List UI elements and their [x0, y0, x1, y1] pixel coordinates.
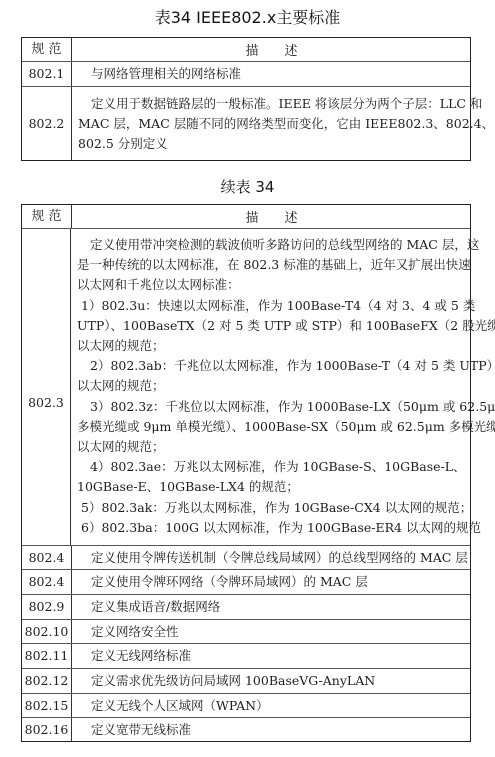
description-line: 3）802.3z：千兆位以太网标准，作为 1000Base-LX（50μm 或 … — [77, 397, 465, 417]
standards-table-part-1: 规 范 描 述 802.1 与网络管理相关的网络标准 802.2 定义用于数据链… — [21, 37, 471, 161]
description-cell: 定义使用带冲突检测的载波侦听多路访问的总线型网络的 MAC 层，这 是一种传统的… — [71, 229, 470, 545]
description-line: 2）802.3ab：千兆位以太网标准，作为 1000Base-T（4 对 5 类… — [77, 356, 465, 376]
header-description-label: 描 述 — [245, 40, 297, 59]
description-line: 定义无线网络标准 — [78, 646, 465, 666]
description-cell: 定义无线个人区域网（WPAN） — [72, 694, 470, 717]
description-cell: 定义无线网络标准 — [72, 644, 470, 668]
description-line: 1）802.3u：快速以太网标准，作为 100Base-T4（4 对 3、4 或… — [77, 296, 465, 316]
description-line: 与网络管理相关的网络标准 — [78, 64, 465, 84]
description-line: 4）802.3ae：万兆以太网标准，作为 10GBase-S、10GBase-L… — [77, 457, 465, 477]
description-line: 定义网络安全性 — [78, 622, 465, 642]
description-line: 802.5 分别定义 — [78, 134, 465, 154]
standards-table-part-2: 规 范 描 述 802.3 定义使用带冲突检测的载波侦听多路访问的总线型网络的 … — [21, 204, 471, 742]
spec-cell: 802.1 — [22, 62, 72, 86]
header-spec-label: 规 范 — [31, 40, 61, 60]
table-header-row: 规 范 描 述 — [22, 38, 470, 61]
description-line: 定义需求优先级访问局域网 100BaseVG-AnyLAN — [78, 671, 465, 691]
description-line: 5）802.3ak：万兆以太网标准，作为 10GBase-CX4 以太网的规范； — [77, 498, 465, 518]
description-line: MAC 层，MAC 层随不同的网络类型而变化，它由 IEEE802.3、802.… — [78, 114, 465, 134]
header-description: 描 述 — [72, 38, 470, 61]
description-line: 以太网的规范； — [77, 437, 465, 457]
description-line: 是一种传统的以太网标准，在 802.3 标准的基础上，近年又扩展出快速 — [77, 255, 465, 275]
table-row: 802.9 定义集成语音/数据网络 — [22, 594, 470, 619]
table-row: 802.4 定义使用令牌传送机制（令牌总线局域网）的总线型网络的 MAC 层 — [22, 545, 470, 569]
description-cell: 定义使用令牌传送机制（令牌总线局域网）的总线型网络的 MAC 层 — [72, 546, 470, 569]
table-row: 802.3 定义使用带冲突检测的载波侦听多路访问的总线型网络的 MAC 层，这 … — [22, 228, 470, 545]
spec-cell: 802.3 — [22, 229, 71, 545]
header-spec: 规 范 — [22, 38, 72, 61]
header-description-label: 描 述 — [245, 207, 297, 226]
description-cell: 定义集成语音/数据网络 — [72, 595, 470, 619]
table-row: 802.11 定义无线网络标准 — [22, 643, 470, 668]
description-cell: 定义使用令牌环网络（令牌环局域网）的 MAC 层 — [72, 570, 470, 594]
spec-cell: 802.4 — [22, 546, 72, 569]
header-description: 描 述 — [72, 205, 470, 228]
description-line: 以太网的规范； — [77, 336, 465, 356]
spec-cell: 802.10 — [22, 620, 72, 643]
description-line: 定义无线个人区域网（WPAN） — [78, 696, 465, 716]
description-line: 多模光缆或 9μm 单模光缆）、1000Base-SX（50μm 或 62.5μ… — [77, 417, 465, 437]
spec-cell: 802.16 — [22, 718, 72, 741]
description-line: 定义用于数据链路层的一般标准。IEEE 将该层分为两个子层：LLC 和 — [78, 94, 465, 114]
description-line: 10GBase-E、10GBase-LX4 的规范； — [77, 477, 465, 497]
description-line: 定义集成语音/数据网络 — [78, 597, 465, 617]
table-row: 802.15 定义无线个人区域网（WPAN） — [22, 693, 470, 717]
table-row: 802.12 定义需求优先级访问局域网 100BaseVG-AnyLAN — [22, 668, 470, 693]
spec-cell: 802.12 — [22, 669, 72, 693]
description-line: 定义使用带冲突检测的载波侦听多路访问的总线型网络的 MAC 层，这 — [77, 235, 465, 255]
spec-cell: 802.4 — [22, 570, 72, 594]
header-spec-label: 规 范 — [31, 207, 61, 227]
spec-cell: 802.9 — [22, 595, 72, 619]
table-title: 表34 IEEE802.x主要标准 — [0, 8, 495, 28]
description-line: 以太网和千兆位以太网标准： — [77, 275, 465, 295]
table-row: 802.16 定义宽带无线标准 — [22, 717, 470, 741]
table-row: 802.2 定义用于数据链路层的一般标准。IEEE 将该层分为两个子层：LLC … — [22, 86, 470, 160]
spec-cell: 802.11 — [22, 644, 72, 668]
description-line: 定义使用令牌传送机制（令牌总线局域网）的总线型网络的 MAC 层 — [78, 548, 465, 568]
table-row: 802.10 定义网络安全性 — [22, 619, 470, 643]
description-line: 6）802.3ba：100G 以太网标准，作为 100GBase-ER4 以太网… — [77, 518, 465, 538]
continued-table-title: 续表 34 — [0, 177, 495, 197]
description-line: UTP）、100BaseTX（2 对 5 类 UTP 或 STP）和 100Ba… — [77, 316, 465, 336]
spec-cell: 802.15 — [22, 694, 72, 717]
table-header-row: 规 范 描 述 — [22, 205, 470, 228]
description-cell: 定义需求优先级访问局域网 100BaseVG-AnyLAN — [72, 669, 470, 693]
header-spec: 规 范 — [22, 205, 72, 228]
table-row: 802.4 定义使用令牌环网络（令牌环局域网）的 MAC 层 — [22, 569, 470, 594]
description-cell: 与网络管理相关的网络标准 — [72, 62, 470, 86]
description-line: 以太网的规范； — [77, 376, 465, 396]
description-cell: 定义网络安全性 — [72, 620, 470, 643]
description-line: 定义使用令牌环网络（令牌环局域网）的 MAC 层 — [78, 572, 465, 592]
description-cell: 定义用于数据链路层的一般标准。IEEE 将该层分为两个子层：LLC 和 MAC … — [72, 87, 470, 160]
spec-cell: 802.2 — [22, 87, 72, 160]
description-line: 定义宽带无线标准 — [78, 720, 465, 740]
table-row: 802.1 与网络管理相关的网络标准 — [22, 61, 470, 86]
description-cell: 定义宽带无线标准 — [72, 718, 470, 741]
